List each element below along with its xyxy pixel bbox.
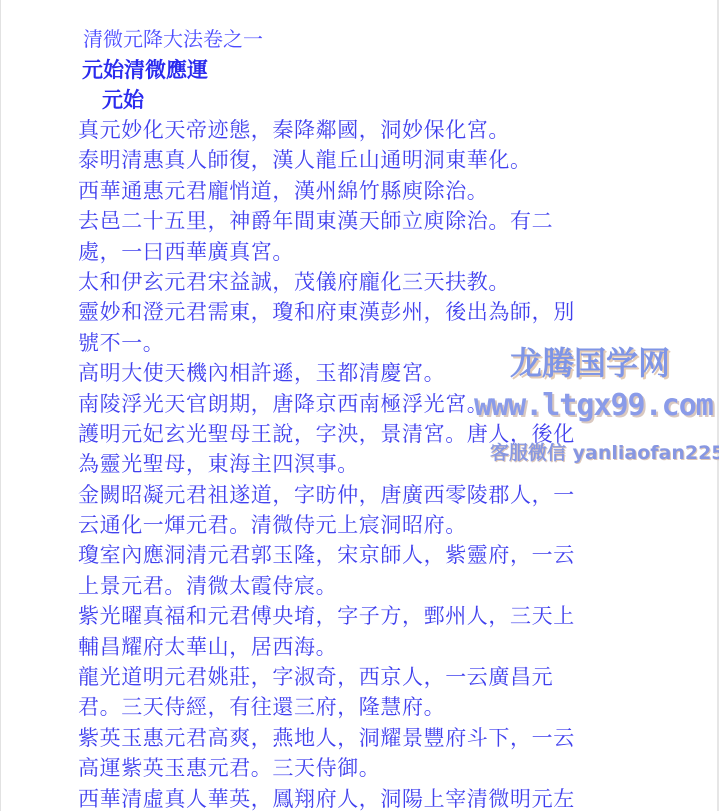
document-title: 清微元降大法卷之一 xyxy=(83,26,263,52)
text-line: 號不一。 xyxy=(78,328,575,358)
text-line: 真元妙化天帝迹態，秦降鄰國，洞妙保化宮。 xyxy=(78,115,575,145)
text-line: 西華清虛真人華英，鳳翔府人，洞陽上宰清微明元左 xyxy=(78,784,575,811)
text-line: 太和伊玄元君宋益誠，茂儀府龐化三天扶教。 xyxy=(78,267,575,297)
text-line: 靈妙和澄元君需東，瓊和府東漢彭州，後出為師，別 xyxy=(78,297,575,327)
text-line: 泰明清惠真人師復，漢人龍丘山通明洞東華化。 xyxy=(78,145,575,175)
text-line: 處，一曰西華廣真宮。 xyxy=(78,237,575,267)
text-line: 西華通惠元君龐悄道，漢州綿竹縣庾除治。 xyxy=(78,176,575,206)
subheading: 元始 xyxy=(102,86,144,114)
text-line: 紫光曜真福和元君傅央堉，字子方，鄄州人，三天上 xyxy=(78,601,575,631)
text-line: 去邑二十五里，神爵年間東漢天師立庾除治。有二 xyxy=(78,206,575,236)
text-line: 輔昌耀府太華山，居西海。 xyxy=(78,632,575,662)
page-border-left xyxy=(0,0,1,811)
text-line: 為靈光聖母，東海主四溟事。 xyxy=(78,449,575,479)
text-line: 金闕昭凝元君祖遂道，字昉仲，唐廣西零陵郡人，一 xyxy=(78,480,575,510)
text-line: 瓊室內應洞清元君郭玉隆，宋京師人，紫靈府，一云 xyxy=(78,540,575,570)
text-line: 南陵浮光天官朗期，唐降京西南極浮光宮。 xyxy=(78,389,575,419)
text-line: 云通化一煇元君。清微侍元上宸洞昭府。 xyxy=(78,510,575,540)
section-heading: 元始清微應運 xyxy=(82,56,208,84)
text-line: 上景元君。清微太霞侍宸。 xyxy=(78,571,575,601)
text-line: 高明大使天機內相許遜，玉都清慶宮。 xyxy=(78,358,575,388)
text-line: 君。三天侍經，有往還三府，隆慧府。 xyxy=(78,692,575,722)
text-line: 紫英玉惠元君高爽，燕地人，洞耀景豐府斗下，一云 xyxy=(78,723,575,753)
text-line: 護明元妃玄光聖母王說，字泱，景清宮。唐人，後化 xyxy=(78,419,575,449)
text-line: 高運紫英玉惠元君。三天侍御。 xyxy=(78,753,575,783)
text-line: 龍光道明元君姚莊，字淑奇，西京人，一云廣昌元 xyxy=(78,662,575,692)
body-text: 真元妙化天帝迹態，秦降鄰國，洞妙保化宮。 泰明清惠真人師復，漢人龍丘山通明洞東華… xyxy=(78,115,575,811)
